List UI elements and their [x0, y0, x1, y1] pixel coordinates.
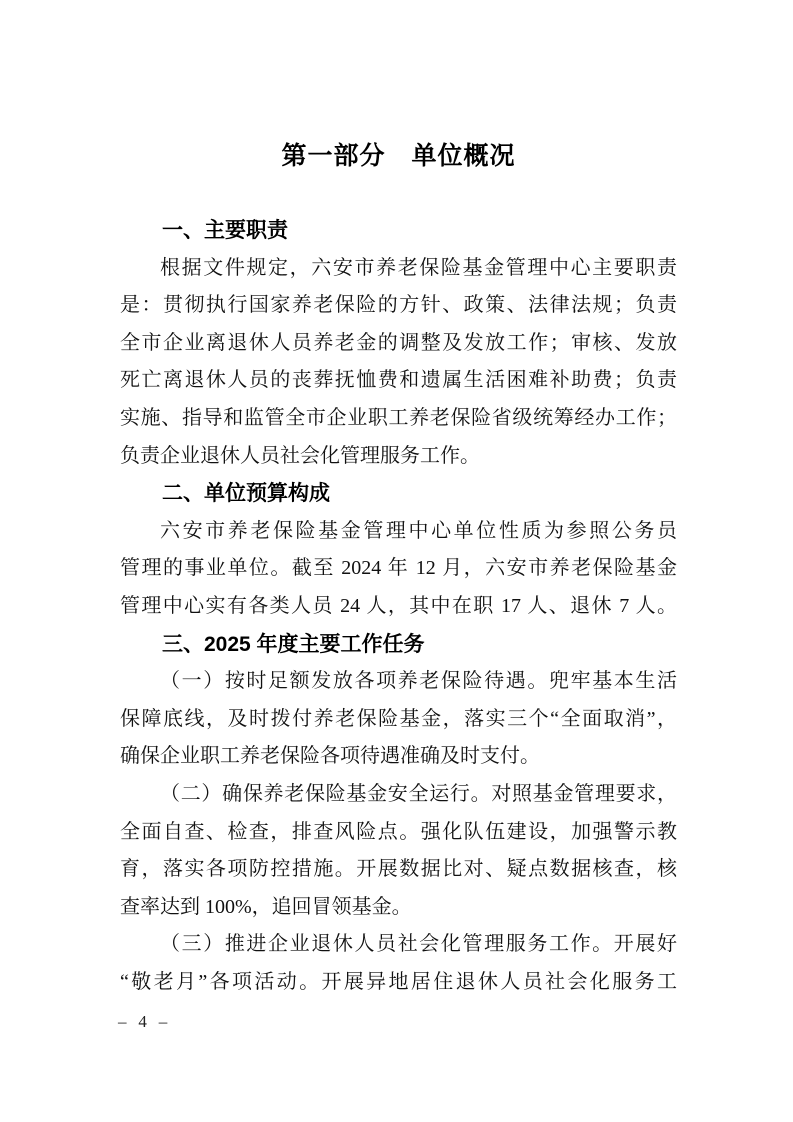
paragraph-line: 全市企业离退休人员养老金的调整及发放工作；审核、发放 — [120, 325, 677, 363]
page-title: 第一部分 单位概况 — [120, 137, 677, 175]
paragraph-line: 管理的事业单位。截至 2024 年 12 月，六安市养老保险基金 — [120, 550, 677, 588]
paragraph-line: （一）按时足额发放各项养老保险待遇。兜牢基本生活 — [120, 663, 677, 701]
section-heading-budget-composition: 二、单位预算构成 — [120, 475, 677, 513]
paragraph-line: 查率达到 100%，追回冒领基金。 — [120, 889, 677, 927]
paragraph-line: 全面自查、检查，排查风险点。强化队伍建设，加强警示教 — [120, 814, 677, 852]
paragraph-line: 六安市养老保险基金管理中心单位性质为参照公务员 — [120, 513, 677, 551]
paragraph-line: 死亡离退休人员的丧葬抚恤费和遗属生活困难补助费；负责 — [120, 362, 677, 400]
paragraph-line: 育，落实各项防控措施。开展数据比对、疑点数据核查，核 — [120, 851, 677, 889]
paragraph-line: 保障底线，及时拨付养老保险基金，落实三个“全面取消”， — [120, 701, 677, 739]
paragraph-line: （三）推进企业退休人员社会化管理服务工作。开展好 — [120, 926, 677, 964]
page-number: – 4 – — [118, 1012, 167, 1032]
paragraph-line: 确保企业职工养老保险各项待遇准确及时支付。 — [120, 738, 677, 776]
paragraph-line: 管理中心实有各类人员 24 人，其中在职 17 人、退休 7 人。 — [120, 588, 677, 626]
paragraph-line: 是：贯彻执行国家养老保险的方针、政策、法律法规；负责 — [120, 287, 677, 325]
paragraph-line: “敬老月”各项活动。开展异地居住退休人员社会化服务工 — [120, 964, 677, 1002]
document-content: 第一部分 单位概况 一、主要职责 根据文件规定，六安市养老保险基金管理中心主要职… — [120, 0, 677, 1001]
section-heading-2025-tasks: 三、2025 年度主要工作任务 — [120, 626, 677, 664]
paragraph-line: （二）确保养老保险基金安全运行。对照基金管理要求， — [120, 776, 677, 814]
paragraph-line: 根据文件规定，六安市养老保险基金管理中心主要职责 — [120, 250, 677, 288]
paragraph-line: 实施、指导和监管全市企业职工养老保险省级统筹经办工作； — [120, 400, 677, 438]
document-page: 第一部分 单位概况 一、主要职责 根据文件规定，六安市养老保险基金管理中心主要职… — [0, 0, 793, 1122]
paragraph-line: 负责企业退休人员社会化管理服务工作。 — [120, 438, 677, 476]
section-heading-main-duties: 一、主要职责 — [120, 212, 677, 250]
